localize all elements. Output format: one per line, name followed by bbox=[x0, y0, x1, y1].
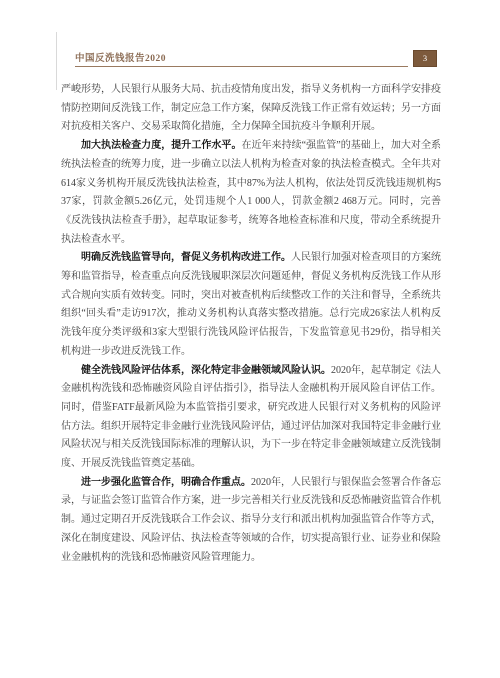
paragraph-text: 2020年，起草制定《法人金融机构洗钱和恐怖融资风险自评估指引》，指导法人金融机… bbox=[61, 365, 441, 470]
paragraph: 健全洗钱风险评估体系，深化特定非金融领域风险认识。2020年，起草制定《法人金融… bbox=[61, 362, 441, 474]
document-body: 严峻形势，人民银行从服务大局、抗击疫情角度出发，指导义务机构一方面科学安排疫情防… bbox=[61, 81, 441, 567]
page-number-badge: 3 bbox=[413, 50, 437, 67]
paragraph-lead: 加大执法检查力度，提升工作水平。 bbox=[81, 140, 242, 151]
paragraph-text: 严峻形势，人民银行从服务大局、抗击疫情角度出发，指导义务机构一方面科学安排疫情防… bbox=[61, 84, 441, 132]
report-title: 中国反洗钱报告2020 bbox=[75, 50, 166, 64]
paragraph-text: 2020年，人民银行与银保监会签署合作备忘录，与证监会签订监管合作方案，进一步完… bbox=[61, 477, 441, 563]
paragraph-lead: 进一步强化监管合作，明确合作重点。 bbox=[81, 477, 251, 488]
header-rule bbox=[75, 66, 408, 67]
page-edge-line bbox=[56, 32, 57, 90]
paragraph: 进一步强化监管合作，明确合作重点。2020年，人民银行与银保监会签署合作备忘录，… bbox=[61, 474, 441, 568]
paragraph-lead: 健全洗钱风险评估体系，深化特定非金融领域风险认识。 bbox=[81, 365, 331, 376]
paragraph: 严峻形势，人民银行从服务大局、抗击疫情角度出发，指导义务机构一方面科学安排疫情防… bbox=[61, 81, 441, 137]
paragraph-text: 人民银行加强对检查项目的方案统筹和监管指导，检查重点向反洗钱履职深层次问题延伸，… bbox=[61, 252, 441, 357]
page-header: 中国反洗钱报告2020 3 bbox=[75, 48, 441, 68]
paragraph: 明确反洗钱监管导向，督促义务机构改进工作。人民银行加强对检查项目的方案统筹和监管… bbox=[61, 249, 441, 361]
paragraph-text: 在近年来持续“强监管”的基础上，加大对全系统执法检查的统筹力度，进一步确立以法人… bbox=[61, 140, 441, 245]
paragraph: 加大执法检查力度，提升工作水平。在近年来持续“强监管”的基础上，加大对全系统执法… bbox=[61, 137, 441, 249]
paragraph-lead: 明确反洗钱监管导向，督促义务机构改进工作。 bbox=[81, 252, 291, 263]
